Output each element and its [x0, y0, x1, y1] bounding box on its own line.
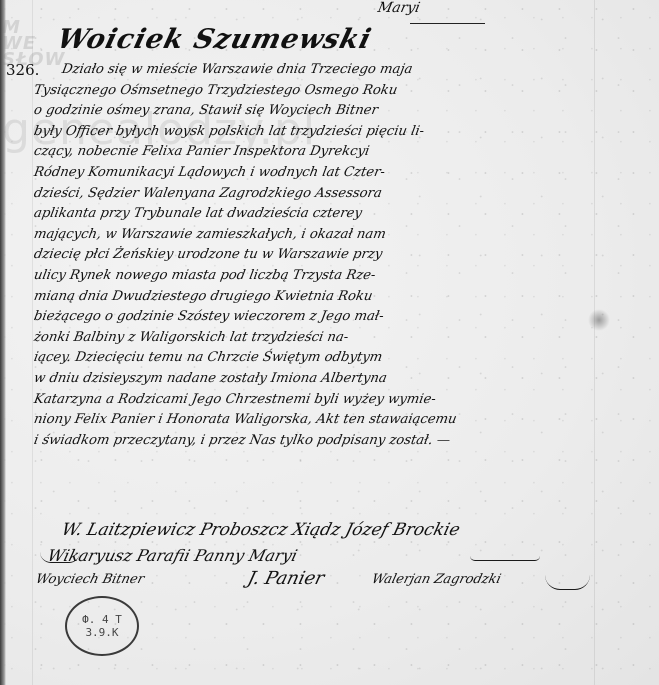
body-line: o godzinie ośmey zrana, Stawił się Woyci…	[32, 101, 601, 122]
signature-witness: Walerjan Zagrodzki	[370, 572, 502, 587]
stamp-text: 3.9.К	[85, 626, 118, 639]
flourish-line	[470, 556, 540, 561]
body-line: niony Felix Panier i Honorata Waligorska…	[32, 410, 601, 431]
record-heading-name: Woiciek Szumewski	[54, 24, 375, 55]
flourish-line	[40, 552, 80, 563]
record-body: Działo się w mieście Warszawie dnia Trze…	[32, 60, 597, 451]
signature-father: Woyciech Bitner	[34, 572, 146, 587]
body-line: dzieści, Sędzier Walenyana Zagrodzkiego …	[32, 184, 601, 205]
body-line: mających, w Warszawie zamieszkałych, i o…	[32, 225, 601, 246]
previous-record-fragment: Maryi	[376, 0, 421, 16]
body-line: mianą dnia Dwudziestego drugiego Kwietni…	[32, 287, 601, 308]
ink-smudge	[588, 309, 610, 331]
archive-stamp: Ф. 4 Т 3.9.К	[65, 596, 139, 656]
body-line: i świadkom przeczytany, i przez Nas tylk…	[32, 431, 601, 452]
body-line: Działo się w mieście Warszawie dnia Trze…	[32, 60, 601, 81]
body-line: w dniu dzisieyszym nadane zostały Imiona…	[32, 369, 601, 390]
flourish-line	[545, 575, 590, 590]
body-line: czący, nobecnie Felixa Panier Inspektora…	[32, 142, 601, 163]
stamp-text: Ф. 4 Т	[82, 613, 122, 626]
flourish-line	[410, 23, 485, 24]
scan-edge	[0, 0, 6, 685]
document-scan: M WE SŁOW genealodzy.pl Maryi Woiciek Sz…	[0, 0, 659, 685]
body-line: były Officer byłych woysk polskich lat t…	[32, 122, 601, 143]
body-line: Ródney Komunikacyi Lądowych i wodnych la…	[32, 163, 601, 184]
body-line: dziecię płci Żeńskiey urodzone tu w Wars…	[32, 245, 601, 266]
body-line: bieżącego o godzinie Szóstey wieczorem z…	[32, 307, 601, 328]
body-line: aplikanta przy Trybunale lat dwadzieścia…	[32, 204, 601, 225]
body-line: ulicy Rynek nowego miasta pod liczbą Trz…	[32, 266, 601, 287]
signature-priest-title: Wikaryusz Parafii Panny Maryi	[46, 546, 300, 565]
body-line: Katarzyna a Rodzicami Jego Chrzestnemi b…	[32, 390, 601, 411]
body-line: żonki Balbiny z Waligorskich lat trzydzi…	[32, 328, 601, 349]
body-line: iącey. Dziecięciu temu na Chrzcie Święty…	[32, 348, 601, 369]
signature-witness: J. Panier	[245, 568, 326, 589]
body-line: Tysiącznego Ośmsetnego Trzydziestego Osm…	[32, 81, 601, 102]
signature-priest: W. Laitzpiewicz Proboszcz Xiądz Józef Br…	[60, 520, 463, 540]
